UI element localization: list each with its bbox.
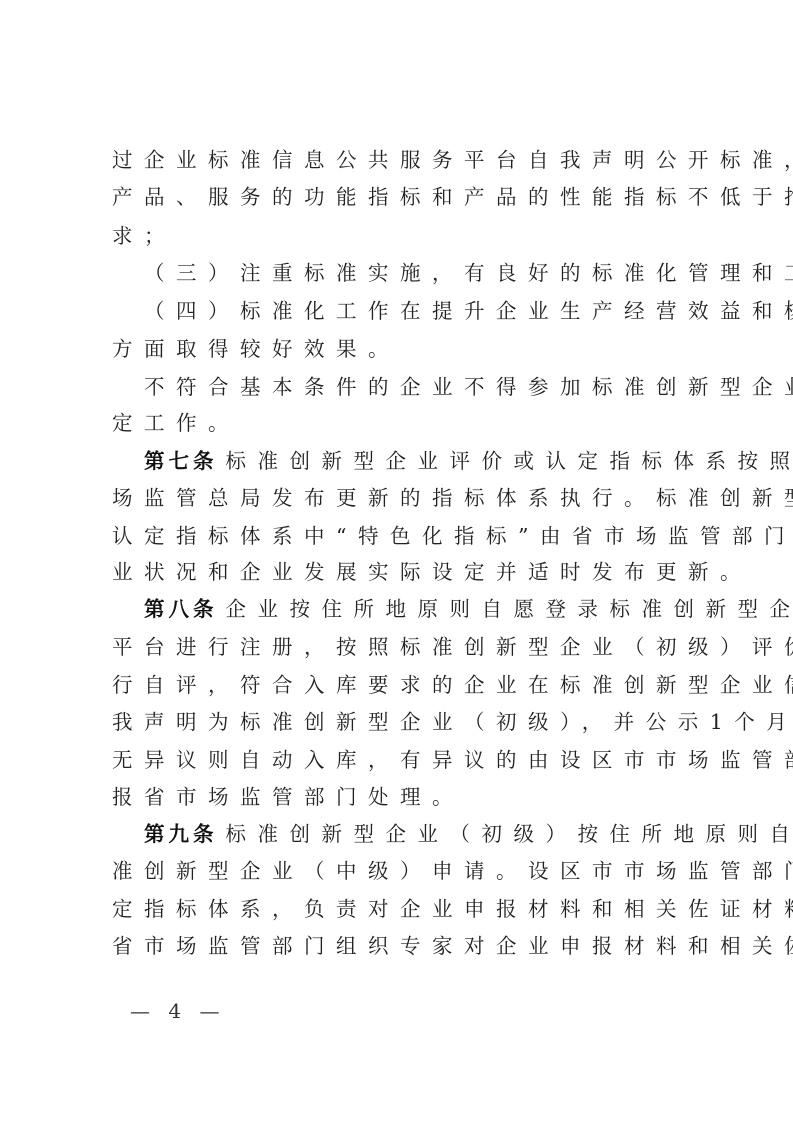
text-line: 我声明为标准创新型企业（初级），并公示1个月，公示期间 [112,707,712,737]
text-line: 求； [112,221,712,251]
article-8-text: 企业按住所地原则自愿登录标准创新型企业信息 [226,597,793,621]
text-line: 定指标体系，负责对企业申报材料和相关佐证材料进行初审， [112,894,712,924]
text-line: 过企业标准信息公共服务平台自我声明公开标准，企业公开的 [112,145,712,175]
text-line: 报省市场监管部门处理。 [112,782,712,812]
document-page: 过企业标准信息公共服务平台自我声明公开标准，企业公开的 产品、服务的功能指标和产… [0,0,793,1122]
article-7-text: 标准创新型企业评价或认定指标体系按照国家市 [226,449,793,473]
article-8-first-line: 第八条企业按住所地原则自愿登录标准创新型企业信息 [144,594,744,624]
text-line: 业状况和企业发展实际设定并适时发布更新。 [112,557,712,587]
article-9-heading: 第九条 [144,822,218,846]
text-line: 省市场监管部门组织专家对企业申报材料和相关佐证材料进行 [112,931,712,961]
article-7-heading: 第七条 [144,449,218,473]
paragraph-start: 不符合基本条件的企业不得参加标准创新型企业评价或认 [144,372,744,402]
article-8-heading: 第八条 [144,597,218,621]
text-line: 认定指标体系中“特色化指标”由省市场监管部门结合本地产 [112,521,712,551]
list-item-4: （四）标准化工作在提升企业生产经营效益和核心竞争力 [144,296,744,326]
text-line: 方面取得较好效果。 [112,334,712,364]
text-line: 准创新型企业（中级）申请。设区市市场监管部门根据中级认 [112,856,712,886]
text-line: 产品、服务的功能指标和产品的性能指标不低于推荐性标准要 [112,182,712,212]
article-7-first-line: 第七条标准创新型企业评价或认定指标体系按照国家市 [144,446,744,476]
page-number: — 4 — [130,996,225,1026]
text-line: 场监管总局发布更新的指标体系执行。标准创新型企业（中级） [112,483,712,513]
text-line: 无异议则自动入库，有异议的由设区市市场监管部门核实后， [112,745,712,775]
text-line: 平台进行注册，按照标准创新型企业（初级）评价指标体系进 [112,632,712,662]
text-line: 行自评，符合入库要求的企业在标准创新型企业信息平台上自 [112,670,712,700]
article-9-text: 标准创新型企业（初级）按住所地原则自愿提出标 [226,822,793,846]
text-line: 定工作。 [112,408,712,438]
list-item-3: （三）注重标准实施，有良好的标准化管理和工作基础； [144,258,744,288]
article-9-first-line: 第九条标准创新型企业（初级）按住所地原则自愿提出标 [144,819,744,849]
